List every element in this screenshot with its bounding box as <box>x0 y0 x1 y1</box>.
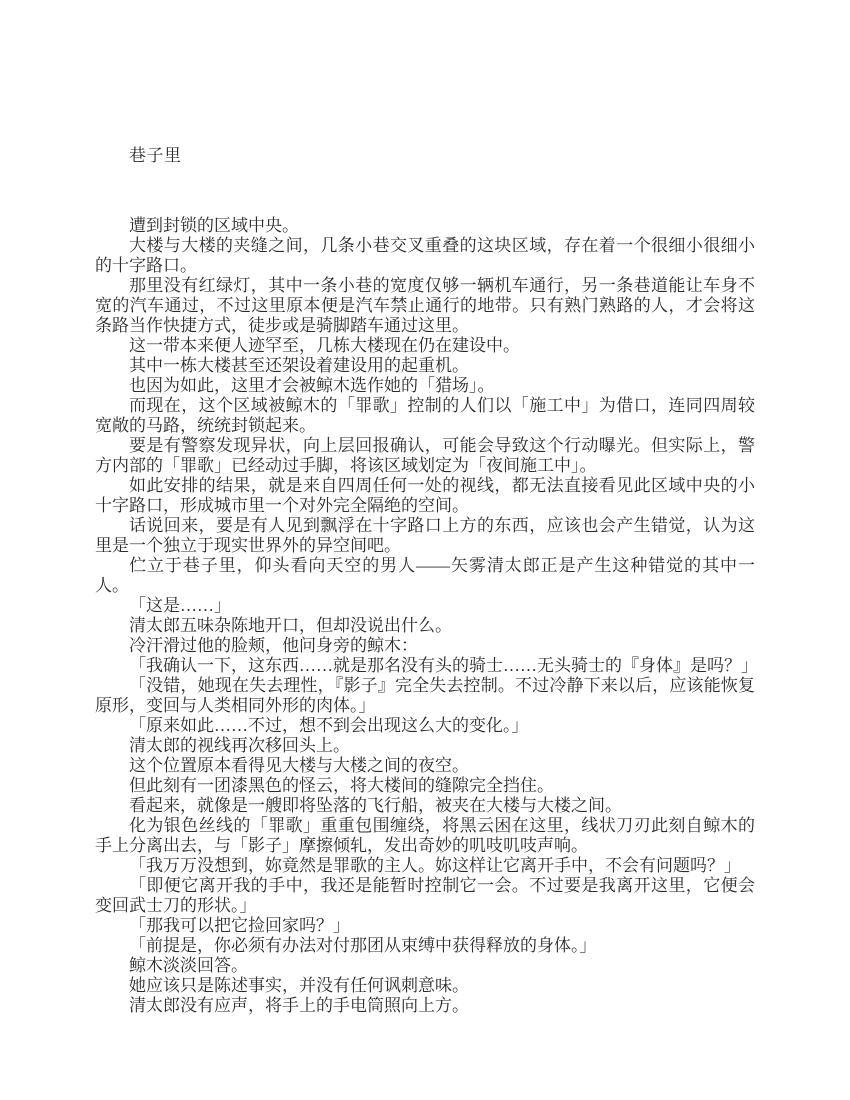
paragraph: 伫立于巷子里，仰头看向天空的男人——矢雾清太郎正是产生这种错觉的其中一人。 <box>95 556 755 596</box>
paragraph: 那里没有红绿灯，其中一条小巷的宽度仅够一辆机车通行，另一条巷道能让车身不宽的汽车… <box>95 276 755 336</box>
paragraph: 但此刻有一团漆黑色的怪云，将大楼间的缝隙完全挡住。 <box>95 776 755 796</box>
paragraph: 清太郎的视线再次移回头上。 <box>95 736 755 756</box>
paragraph: 这个位置原本看得见大楼与大楼之间的夜空。 <box>95 756 755 776</box>
paragraph: 「没错，她现在失去理性，『影子』完全失去控制。不过冷静下来以后，应该能恢复原形，… <box>95 676 755 716</box>
paragraph: 鲸木淡淡回答。 <box>95 956 755 976</box>
page-content: 巷子里 遭到封锁的区域中央。 大楼与大楼的夹缝之间，几条小巷交叉重叠的这块区域，… <box>95 146 755 1016</box>
novel-page: { "page": { "background_color": "#ffffff… <box>0 0 850 1100</box>
paragraph: 冷汗滑过他的脸颊，他问身旁的鲸木： <box>95 636 755 656</box>
chapter-body: 遭到封锁的区域中央。 大楼与大楼的夹缝之间，几条小巷交叉重叠的这块区域，存在着一… <box>95 216 755 1016</box>
paragraph: 要是有警察发现异状，向上层回报确认，可能会导致这个行动曝光。但实际上，警方内部的… <box>95 436 755 476</box>
paragraph: 也因为如此，这里才会被鲸木选作她的「猎场」。 <box>95 376 755 396</box>
paragraph: 「那我可以把它捡回家吗？」 <box>95 916 755 936</box>
paragraph: 「前提是，你必须有办法对付那团从束缚中获得释放的身体。」 <box>95 936 755 956</box>
paragraph: 化为银色丝线的「罪歌」重重包围缠绕，将黑云困在这里，线状刀刃此刻自鲸木的手上分离… <box>95 816 755 856</box>
paragraph: 「我确认一下，这东西……就是那名没有头的骑士……无头骑士的『身体』是吗？」 <box>95 656 755 676</box>
paragraph: 「原来如此……不过，想不到会出现这么大的变化。」 <box>95 716 755 736</box>
paragraph: 看起来，就像是一艘即将坠落的飞行船，被夹在大楼与大楼之间。 <box>95 796 755 816</box>
paragraph: 「我万万没想到，妳竟然是罪歌的主人。妳这样让它离开手中，不会有问题吗？」 <box>95 856 755 876</box>
paragraph: 遭到封锁的区域中央。 <box>95 216 755 236</box>
paragraph: 而现在，这个区域被鲸木的「罪歌」控制的人们以「施工中」为借口，连同四周较宽敞的马… <box>95 396 755 436</box>
paragraph: 「这是……」 <box>95 596 755 616</box>
paragraph: 大楼与大楼的夹缝之间，几条小巷交叉重叠的这块区域，存在着一个很细小很细小的十字路… <box>95 236 755 276</box>
paragraph: 「即便它离开我的手中，我还是能暂时控制它一会。不过要是我离开这里，它便会变回武士… <box>95 876 755 916</box>
paragraph: 清太郎没有应声，将手上的手电筒照向上方。 <box>95 996 755 1016</box>
paragraph: 如此安排的结果，就是来自四周任何一处的视线，都无法直接看见此区域中央的小十字路口… <box>95 476 755 516</box>
paragraph: 话说回来，要是有人见到飘浮在十字路口上方的东西，应该也会产生错觉，认为这里是一个… <box>95 516 755 556</box>
paragraph: 清太郎五味杂陈地开口，但却没说出什么。 <box>95 616 755 636</box>
paragraph: 其中一栋大楼甚至还架设着建设用的起重机。 <box>95 356 755 376</box>
chapter-title: 巷子里 <box>95 146 755 166</box>
paragraph: 她应该只是陈述事实，并没有任何讽刺意味。 <box>95 976 755 996</box>
paragraph: 这一带本来便人迹罕至，几栋大楼现在仍在建设中。 <box>95 336 755 356</box>
